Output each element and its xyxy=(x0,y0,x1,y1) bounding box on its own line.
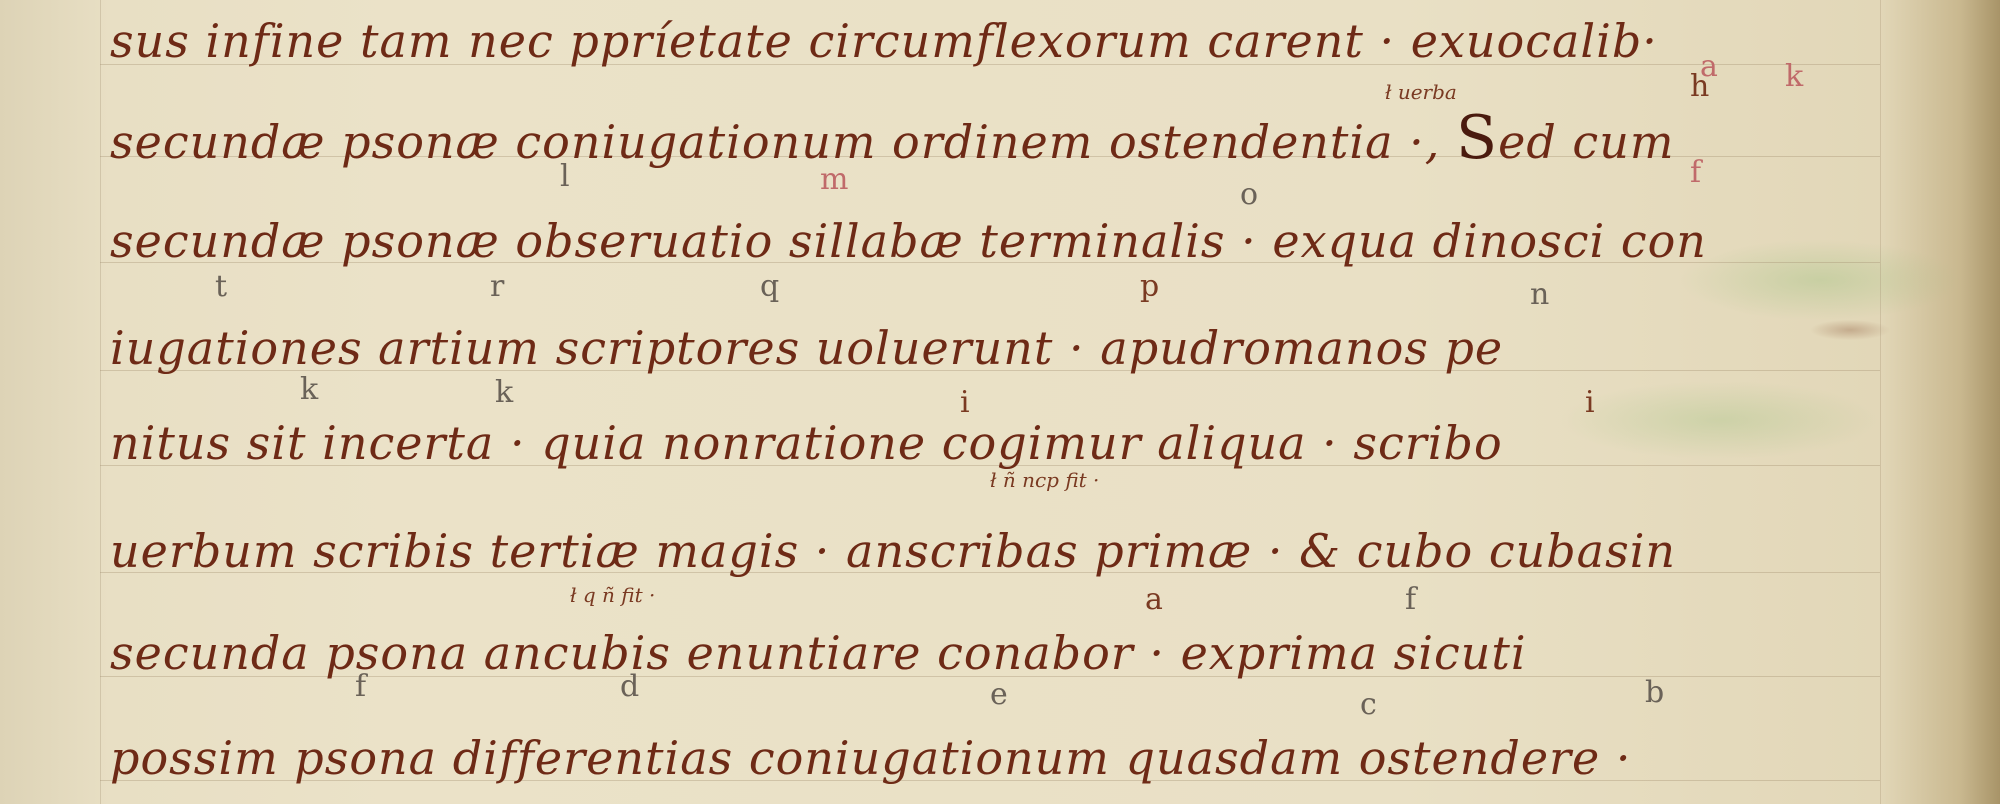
decorated-initial-s: S xyxy=(1456,103,1498,173)
construe-letter: t xyxy=(215,272,227,302)
text-line-7: secunda psona ancubis enuntiare conabor … xyxy=(110,630,1527,676)
text-line-6: uerbum scribis tertiæ magis · anscribas … xyxy=(110,528,1676,574)
construe-letter: k xyxy=(1785,62,1803,92)
text-line-5: nitus sit incerta · quia nonratione cogi… xyxy=(110,420,1503,466)
construe-letter: a xyxy=(1700,52,1718,82)
manuscript-page: sus infine tam nec ppríetate circumflexo… xyxy=(0,0,2000,804)
construe-letter: q xyxy=(760,272,779,302)
text-line-1: sus infine tam nec ppríetate circumflexo… xyxy=(110,18,1658,64)
construe-letter: i xyxy=(960,388,970,418)
construe-letter: k xyxy=(495,378,513,408)
construe-letter: l xyxy=(560,162,570,192)
construe-letter: f xyxy=(1690,158,1701,188)
construe-letter: a xyxy=(1145,585,1163,615)
margin-ruling-left xyxy=(100,0,101,804)
interlinear-gloss: ł uerba xyxy=(1385,82,1457,102)
construe-letter: b xyxy=(1645,678,1664,708)
construe-letter: c xyxy=(1360,690,1377,720)
construe-letter: r xyxy=(490,272,504,302)
interlinear-gloss: ł q ñ fit · xyxy=(570,585,655,605)
construe-letter: o xyxy=(1240,180,1258,210)
text-line-2-tail: ed cum xyxy=(1498,115,1674,169)
construe-letter: n xyxy=(1530,280,1549,310)
text-line-8: possim psona differentias coniugationum … xyxy=(110,735,1632,781)
margin-ruling-right xyxy=(1880,0,1881,804)
construe-letter: i xyxy=(1585,388,1595,418)
text-line-4: iugationes artium scriptores uoluerunt ·… xyxy=(110,325,1503,371)
text-line-2: secundæ psonæ coniugationum ordinem oste… xyxy=(110,108,1674,168)
construe-letter: e xyxy=(990,680,1008,710)
construe-letter: m xyxy=(820,165,848,195)
construe-letter: p xyxy=(1140,272,1159,302)
construe-letter: f xyxy=(1405,585,1416,615)
construe-letter: f xyxy=(355,672,366,702)
text-line-2-body: secundæ psonæ coniugationum ordinem oste… xyxy=(110,115,1456,169)
interlinear-gloss: ł ñ ncp fit · xyxy=(990,470,1099,490)
text-line-3: secundæ psonæ obseruatio sillabæ termina… xyxy=(110,218,1707,264)
construe-letter: k xyxy=(300,375,318,405)
construe-letter: d xyxy=(620,672,639,702)
